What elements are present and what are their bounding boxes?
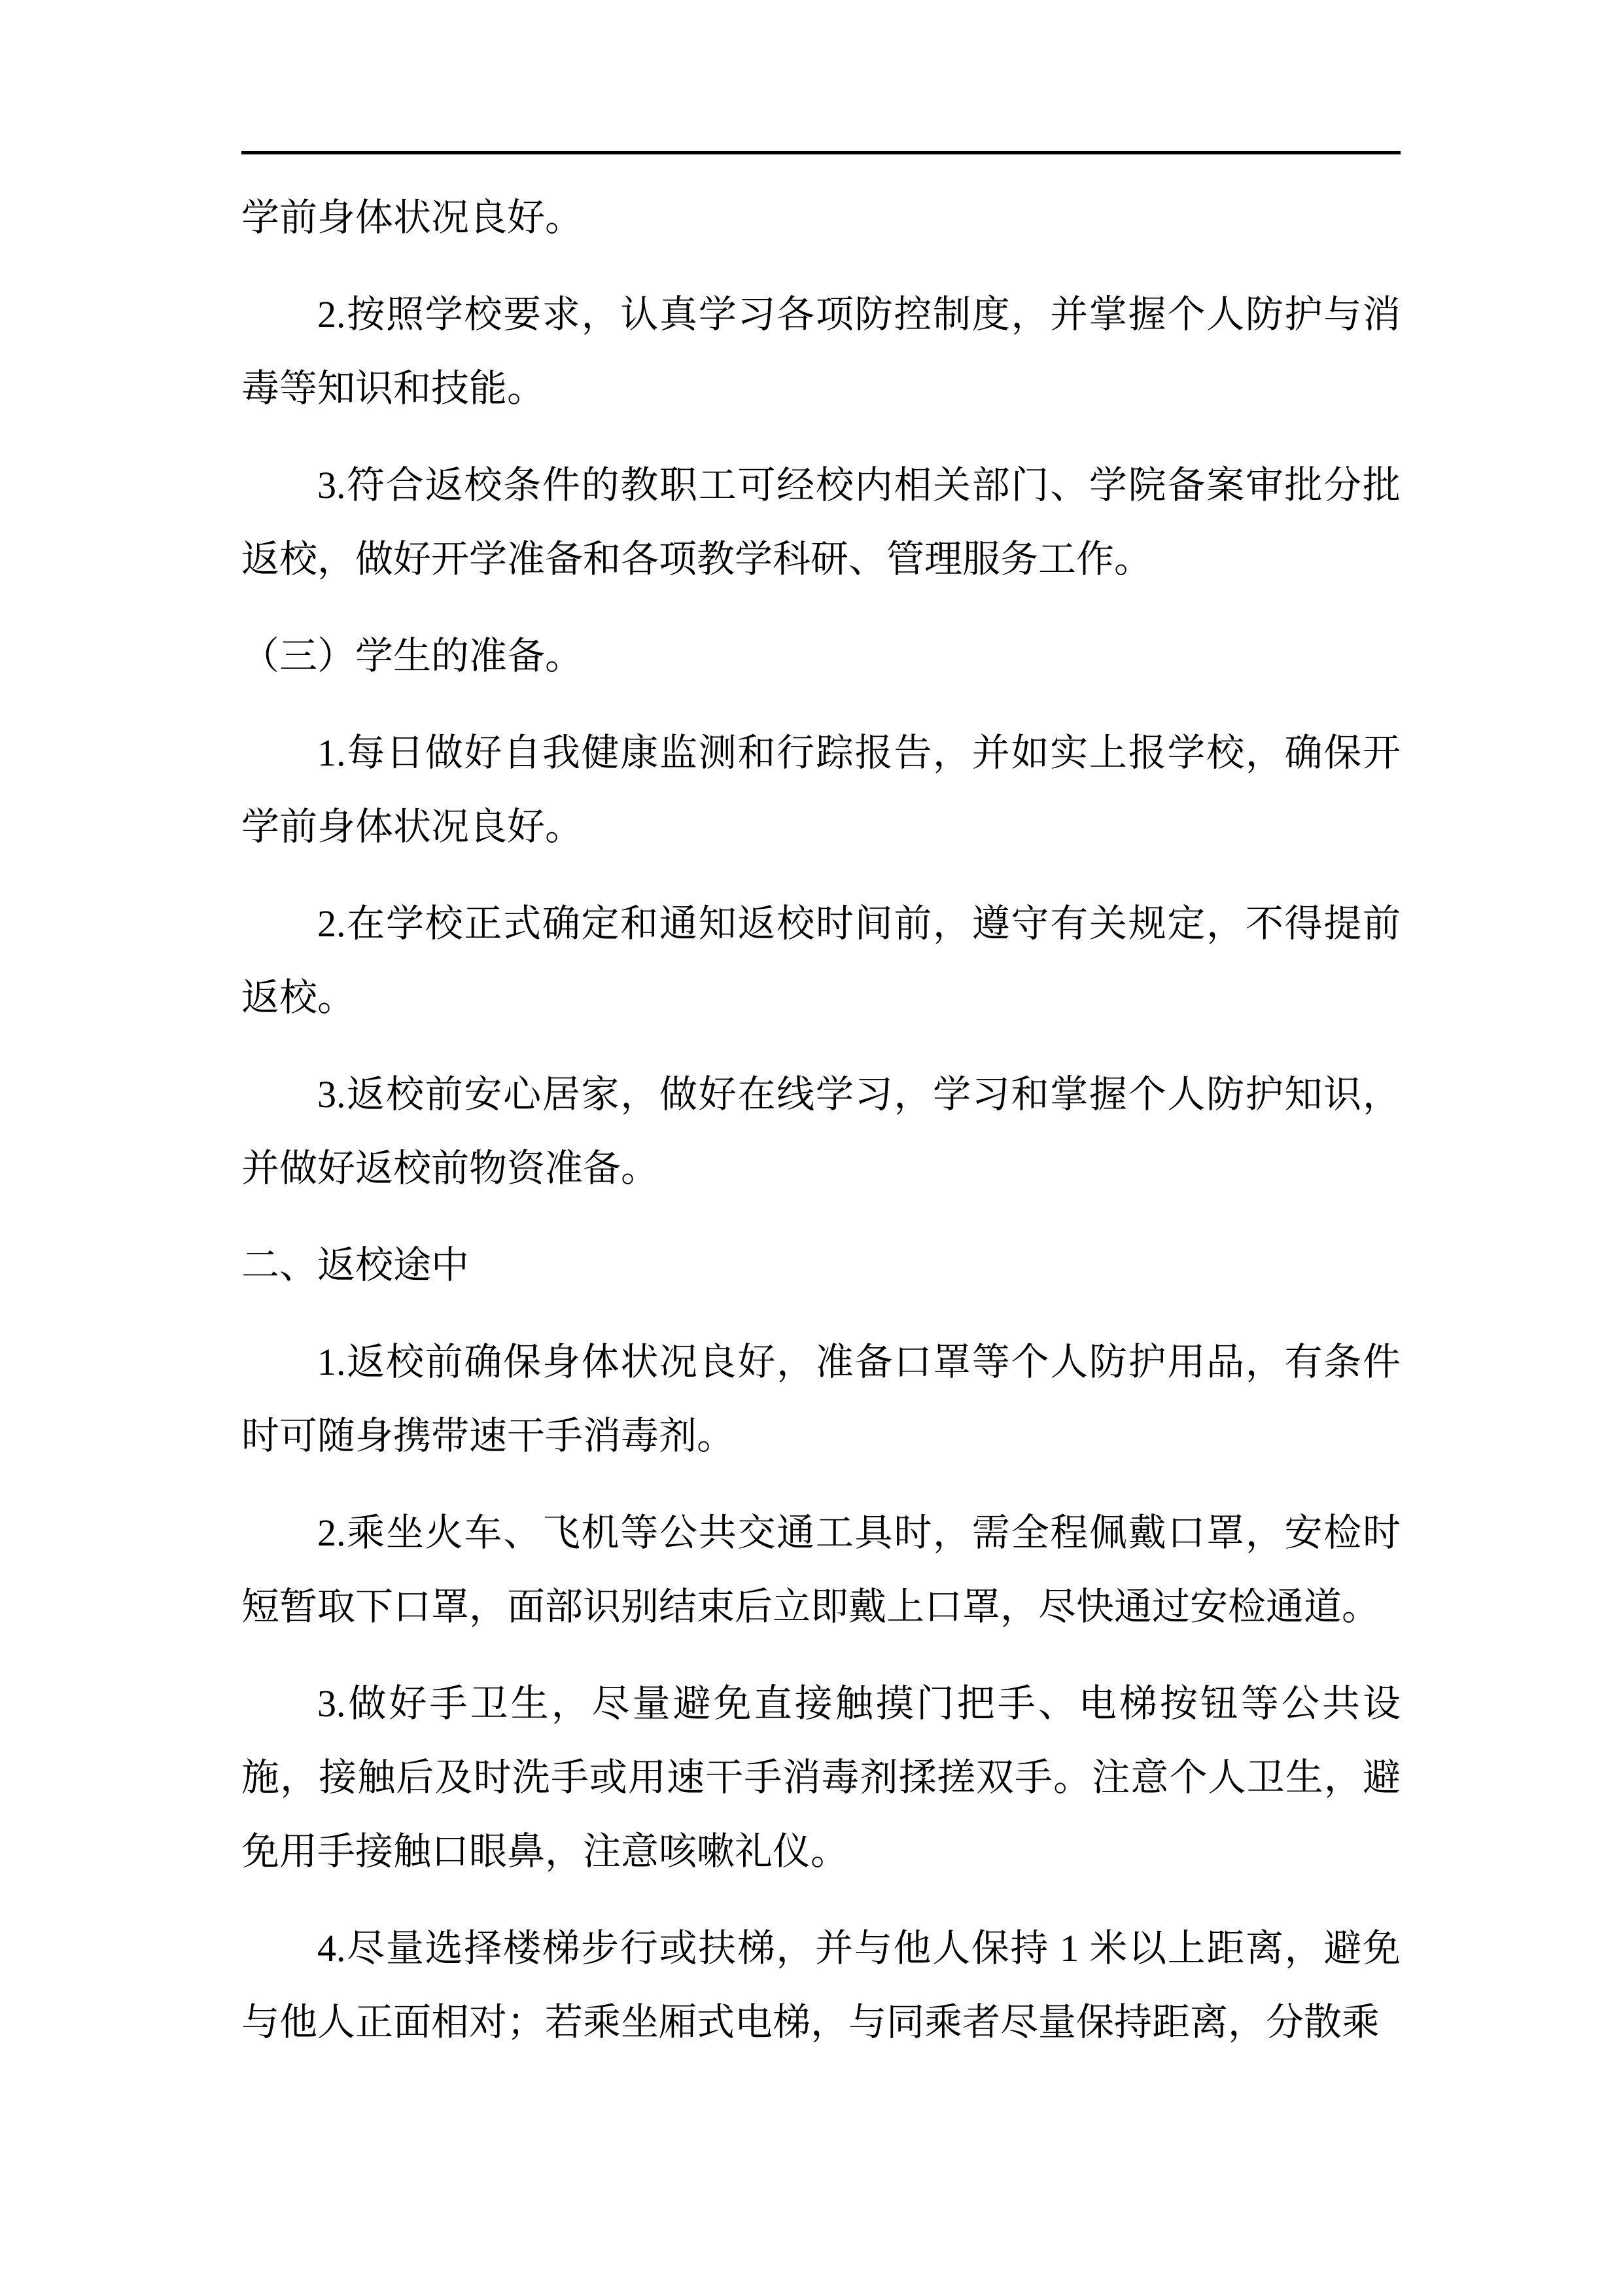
paragraph-item-2-students: 2.在学校正式确定和通知返校时间前，遵守有关规定，不得提前返校。 [241, 887, 1401, 1034]
paragraph-item-3-journey: 3.做好手卫生，尽量避免直接触摸门把手、电梯按钮等公共设施，接触后及时洗手或用速… [241, 1667, 1401, 1888]
paragraph-item-1-students: 1.每日做好自我健康监测和行踪报告，并如实上报学校，确保开学前身体状况良好。 [241, 716, 1401, 864]
document-body: 学前身体状况良好。 2.按照学校要求，认真学习各项防控制度，并掌握个人防护与消毒… [241, 181, 1401, 2082]
paragraph-item-1-journey: 1.返校前确保身体状况良好，准备口罩等个人防护用品，有条件时可随身携带速干手消毒… [241, 1325, 1401, 1473]
paragraph-item-3-students: 3.返校前安心居家，做好在线学习，学习和掌握个人防护知识，并做好返校前物资准备。 [241, 1057, 1401, 1205]
paragraph-continuation: 学前身体状况良好。 [241, 181, 1401, 255]
paragraph-heading-on-the-way: 二、返校途中 [241, 1228, 1401, 1302]
header-rule [241, 151, 1401, 154]
paragraph-item-2-journey: 2.乘坐火车、飞机等公共交通工具时，需全程佩戴口罩，安检时短暂取下口罩，面部识别… [241, 1496, 1401, 1644]
paragraph-item-4-journey: 4.尽量选择楼梯步行或扶梯，并与他人保持 1 米以上距离，避免与他人正面相对；若… [241, 1911, 1401, 2059]
document-page: 学前身体状况良好。 2.按照学校要求，认真学习各项防控制度，并掌握个人防护与消毒… [0, 0, 1623, 2296]
paragraph-item-2-staff: 2.按照学校要求，认真学习各项防控制度，并掌握个人防护与消毒等知识和技能。 [241, 277, 1401, 425]
paragraph-item-3-staff: 3.符合返校条件的教职工可经校内相关部门、学院备案审批分批返校，做好开学准备和各… [241, 448, 1401, 596]
paragraph-heading-students-preparation: （三）学生的准备。 [241, 619, 1401, 693]
